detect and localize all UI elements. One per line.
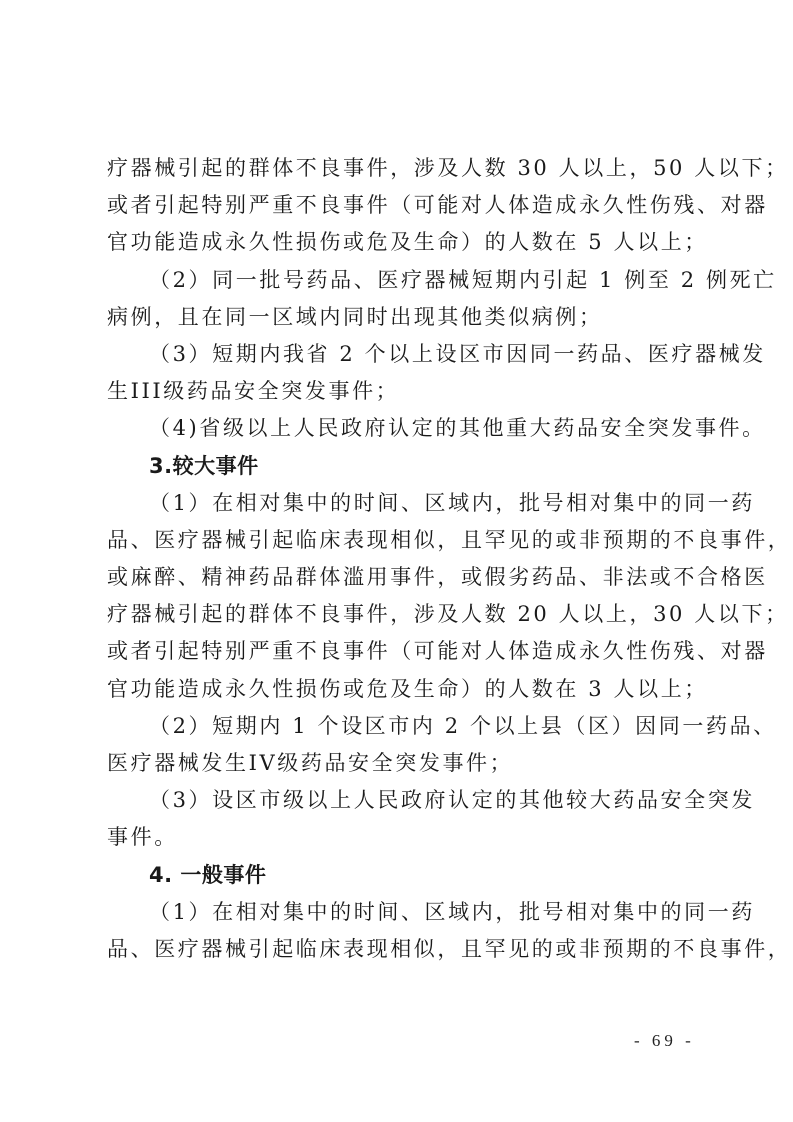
section-heading-3: 3.较大事件 [107, 448, 691, 485]
text-line: 疗器械引起的群体不良事件，涉及人数 30 人以上，50 人以下； [107, 150, 691, 187]
document-body: 疗器械引起的群体不良事件，涉及人数 30 人以上，50 人以下； 或者引起特别严… [107, 150, 691, 968]
text-line: 事件。 [107, 819, 691, 856]
list-item-3: （3）短期内我省 2 个以上设区市因同一药品、医疗器械发 [107, 336, 691, 373]
section-heading-4: 4. 一般事件 [107, 857, 691, 894]
text-line: 病例，且在同一区域内同时出现其他类似病例； [107, 299, 691, 336]
text-line: 或者引起特别严重不良事件（可能对人体造成永久性伤残、对器 [107, 633, 691, 670]
text-line: 或麻醉、精神药品群体滥用事件，或假劣药品、非法或不合格医 [107, 559, 691, 596]
text-line: 官功能造成永久性损伤或危及生命）的人数在 3 人以上； [107, 671, 691, 708]
text-line: 医疗器械发生IV级药品安全突发事件； [107, 745, 691, 782]
text-line: 品、医疗器械引起临床表现相似，且罕见的或非预期的不良事件， [107, 522, 691, 559]
page-number: - 69 - [634, 1031, 695, 1051]
list-item-1: （1）在相对集中的时间、区域内，批号相对集中的同一药 [107, 485, 691, 522]
text-line: 生III级药品安全突发事件； [107, 373, 691, 410]
text-line: 疗器械引起的群体不良事件，涉及人数 20 人以上，30 人以下； [107, 596, 691, 633]
list-item-2: （2）同一批号药品、医疗器械短期内引起 1 例至 2 例死亡 [107, 262, 691, 299]
text-line: 或者引起特别严重不良事件（可能对人体造成永久性伤残、对器 [107, 187, 691, 224]
text-line: 品、医疗器械引起临床表现相似，且罕见的或非预期的不良事件， [107, 931, 691, 968]
text-line: 官功能造成永久性损伤或危及生命）的人数在 5 人以上； [107, 224, 691, 261]
list-item-4: （4)省级以上人民政府认定的其他重大药品安全突发事件。 [107, 410, 691, 447]
list-item-2: （2）短期内 1 个设区市内 2 个以上县（区）因同一药品、 [107, 708, 691, 745]
list-item-1: （1）在相对集中的时间、区域内，批号相对集中的同一药 [107, 894, 691, 931]
list-item-3: （3）设区市级以上人民政府认定的其他较大药品安全突发 [107, 782, 691, 819]
